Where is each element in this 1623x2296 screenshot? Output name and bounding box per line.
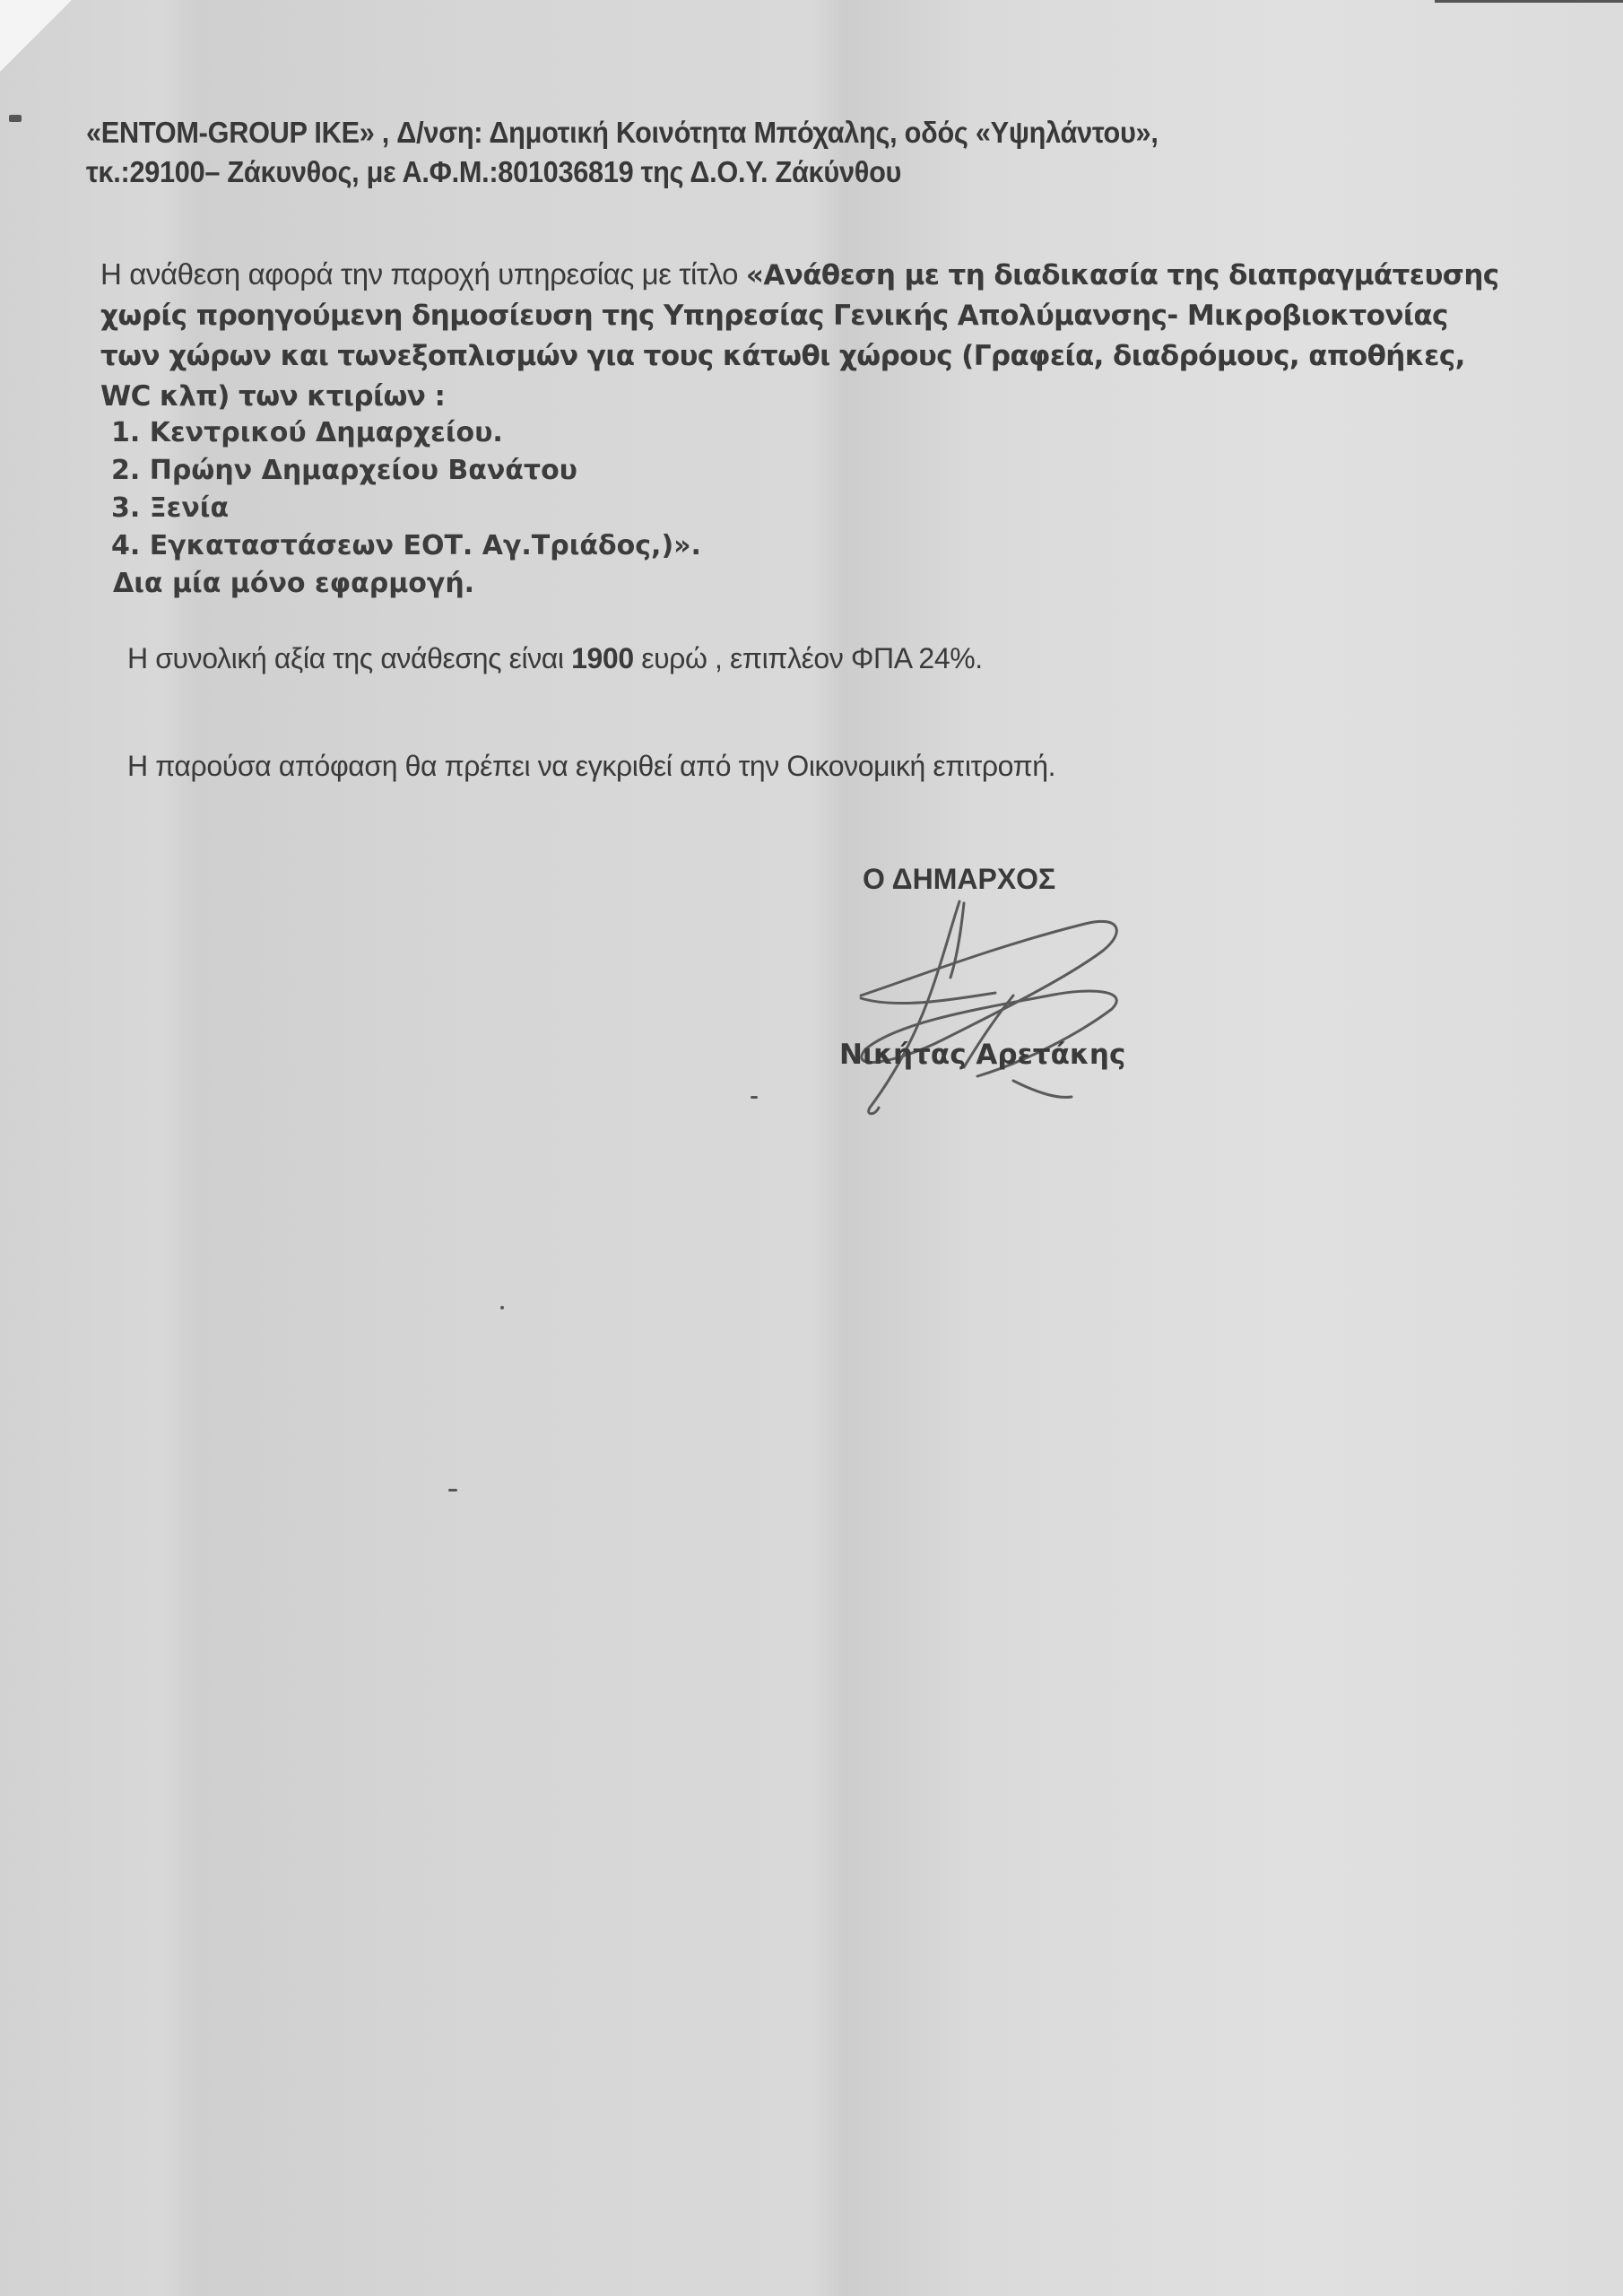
signatory-title: Ο ΔΗΜΑΡΧΟΣ (863, 863, 1055, 896)
staple-mark (9, 115, 22, 122)
building-item: 1. Κεντρικού Δημαρχείου. (111, 414, 701, 452)
total-suffix: ευρώ , επιπλέον ΦΠΑ 24%. (634, 642, 983, 674)
page-top-edge (1435, 0, 1623, 3)
building-item: 2. Πρώην Δημαρχείου Βανάτου (111, 452, 701, 490)
intro-lead: Η ανάθεση αφορά την παροχή υπηρεσίας με … (100, 257, 746, 291)
building-item: 4. Εγκαταστάσεων ΕΟΤ. Αγ.Τριάδος,)». (111, 527, 701, 565)
contractor-line-2: τκ.:29100– Ζάκυνθος, με Α.Φ.Μ.:801036819… (86, 152, 1354, 192)
speck (448, 1489, 457, 1492)
contractor-header: «ENTOM-GROUP IKE» , Δ/νση: Δημοτική Κοιν… (86, 113, 1354, 192)
assignment-description: Η ανάθεση αφορά την παροχή υπηρεσίας με … (100, 255, 1499, 416)
buildings-list: 1. Κεντρικού Δημαρχείου. 2. Πρώην Δημαρχ… (111, 414, 701, 603)
building-item: 3. Ξενία (111, 490, 701, 527)
speck (751, 1096, 758, 1099)
total-value: Η συνολική αξία της ανάθεσης είναι 1900 … (127, 642, 983, 675)
signatory-name: Νικήτας Αρετάκης (839, 1039, 1125, 1071)
total-amount: 1900 (571, 642, 634, 674)
approval-note: Η παρούσα απόφαση θα πρέπει να εγκριθεί … (127, 750, 1055, 783)
signature-icon (843, 892, 1139, 1126)
single-application-note: Δια μία μόνο εφαρμογή. (111, 565, 701, 603)
scanned-document-page: «ENTOM-GROUP IKE» , Δ/νση: Δημοτική Κοιν… (0, 0, 1623, 2296)
folded-corner (0, 0, 72, 72)
speck (500, 1306, 504, 1309)
contractor-line-1: «ENTOM-GROUP IKE» , Δ/νση: Δημοτική Κοιν… (86, 113, 1354, 152)
total-prefix: Η συνολική αξία της ανάθεσης είναι (127, 642, 571, 674)
